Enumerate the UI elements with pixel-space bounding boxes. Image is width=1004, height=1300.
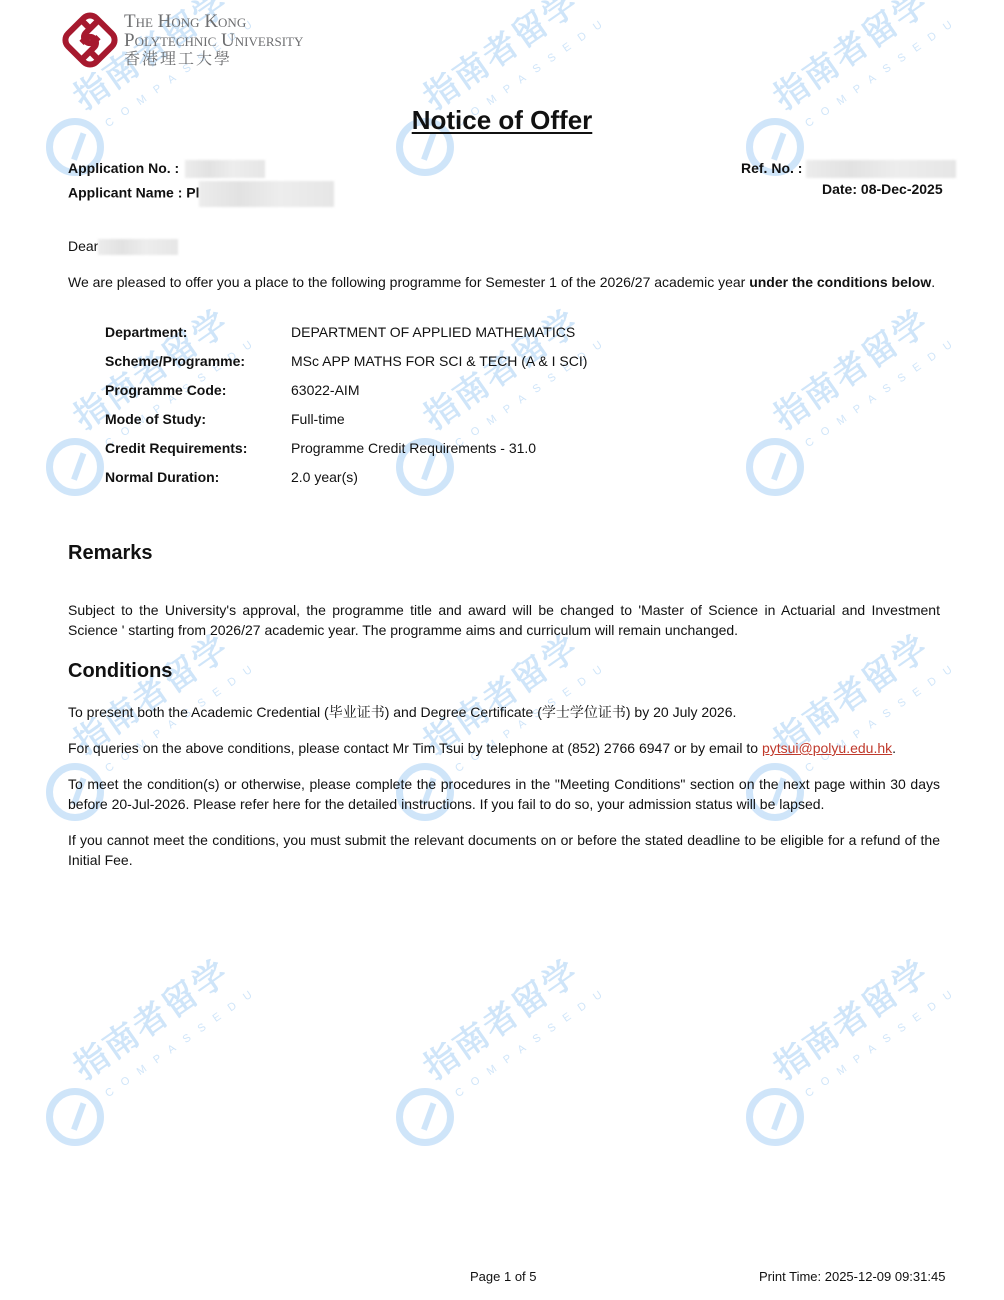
watermark-text-en: COMPASSEDU [803, 333, 963, 450]
greeting-text: Dear [68, 238, 98, 254]
detail-label: Mode of Study: [105, 411, 206, 427]
watermark-text-en: COMPASSEDU [453, 983, 613, 1100]
watermark-text-cn: 指南者留学 [412, 0, 588, 119]
ref-no-label: Ref. No. : [741, 160, 802, 176]
intro-bold: under the conditions below [749, 274, 931, 290]
watermark-logo-icon [746, 1088, 804, 1146]
application-no-redacted [185, 160, 265, 178]
condition-4: If you cannot meet the conditions, you m… [68, 830, 940, 870]
watermark: 指南者留学COMPASSEDU [40, 350, 270, 510]
detail-value: 63022-AIM [291, 382, 359, 398]
applicant-name: Applicant Name : Pl [68, 181, 334, 207]
remarks-text: Subject to the University's approval, th… [68, 600, 940, 640]
detail-label: Department: [105, 324, 187, 340]
greeting: Dear [68, 236, 178, 256]
date-value: 08-Dec-2025 [861, 181, 943, 197]
applicant-name-value: Pl [186, 185, 199, 201]
watermark-text-cn: 指南者留学 [412, 946, 588, 1089]
condition-2-text: For queries on the above conditions, ple… [68, 740, 762, 756]
intro-end: . [931, 274, 935, 290]
ref-no-redacted [806, 160, 956, 178]
detail-label: Programme Code: [105, 382, 226, 398]
university-name-chinese: 香港理工大學 [124, 50, 303, 70]
watermark-logo-icon [746, 438, 804, 496]
application-no: Application No. : [68, 160, 265, 178]
university-name: The Hong Kong Polytechnic University 香港理… [124, 12, 303, 70]
applicant-name-redacted [199, 181, 334, 207]
watermark-text-en: COMPASSEDU [803, 983, 963, 1100]
intro-paragraph: We are pleased to offer you a place to t… [68, 272, 948, 292]
detail-label: Scheme/Programme: [105, 353, 245, 369]
watermark: 指南者留学COMPASSEDU [40, 1000, 270, 1160]
detail-label: Normal Duration: [105, 469, 219, 485]
watermark-logo-icon [46, 438, 104, 496]
watermark-text-cn: 指南者留学 [762, 0, 938, 119]
watermark-text-cn: 指南者留学 [762, 946, 938, 1089]
print-time: Print Time: 2025-12-09 09:31:45 [759, 1269, 945, 1284]
watermark: 指南者留学COMPASSEDU [390, 350, 620, 510]
detail-label: Credit Requirements: [105, 440, 247, 456]
remarks-heading: Remarks [68, 542, 153, 565]
page-number: Page 1 of 5 [470, 1269, 537, 1284]
greeting-name-redacted [98, 239, 178, 255]
watermark-text-en: COMPASSEDU [103, 983, 263, 1100]
ref-no: Ref. No. : [741, 160, 956, 178]
polyu-logo-icon [60, 10, 120, 70]
watermark: 指南者留学COMPASSEDU [740, 1000, 970, 1160]
condition-2: For queries on the above conditions, ple… [68, 738, 940, 758]
document-title: Notice of Offer [0, 105, 1004, 136]
conditions-heading: Conditions [68, 660, 172, 683]
watermark-logo-icon [396, 1088, 454, 1146]
watermark-text-cn: 指南者留学 [62, 946, 238, 1089]
detail-value: MSc APP MATHS FOR SCI & TECH (A & I SCI) [291, 353, 587, 369]
university-name-line1: The Hong Kong [124, 12, 303, 31]
detail-value: DEPARTMENT OF APPLIED MATHEMATICS [291, 324, 575, 340]
applicant-name-label: Applicant Name : [68, 185, 182, 201]
watermark: 指南者留学COMPASSEDU [390, 1000, 620, 1160]
date-label: Date: [822, 181, 857, 197]
offer-date: Date: 08-Dec-2025 [822, 181, 943, 197]
intro-text: We are pleased to offer you a place to t… [68, 274, 749, 290]
watermark-text-en: COMPASSEDU [453, 333, 613, 450]
application-no-label: Application No. : [68, 160, 179, 176]
university-name-line2: Polytechnic University [124, 31, 303, 50]
condition-3: To meet the condition(s) or otherwise, p… [68, 774, 940, 814]
condition-1: To present both the Academic Credential … [68, 702, 940, 722]
detail-value: Programme Credit Requirements - 31.0 [291, 440, 536, 456]
document-title-text: Notice of Offer [412, 105, 593, 135]
watermark: 指南者留学COMPASSEDU [740, 350, 970, 510]
condition-2-end: . [892, 740, 896, 756]
watermark-text-cn: 指南者留学 [762, 296, 938, 439]
detail-value: 2.0 year(s) [291, 469, 358, 485]
watermark-logo-icon [46, 1088, 104, 1146]
detail-value: Full-time [291, 411, 345, 427]
contact-email-link[interactable]: pytsui@polyu.edu.hk [762, 740, 892, 756]
